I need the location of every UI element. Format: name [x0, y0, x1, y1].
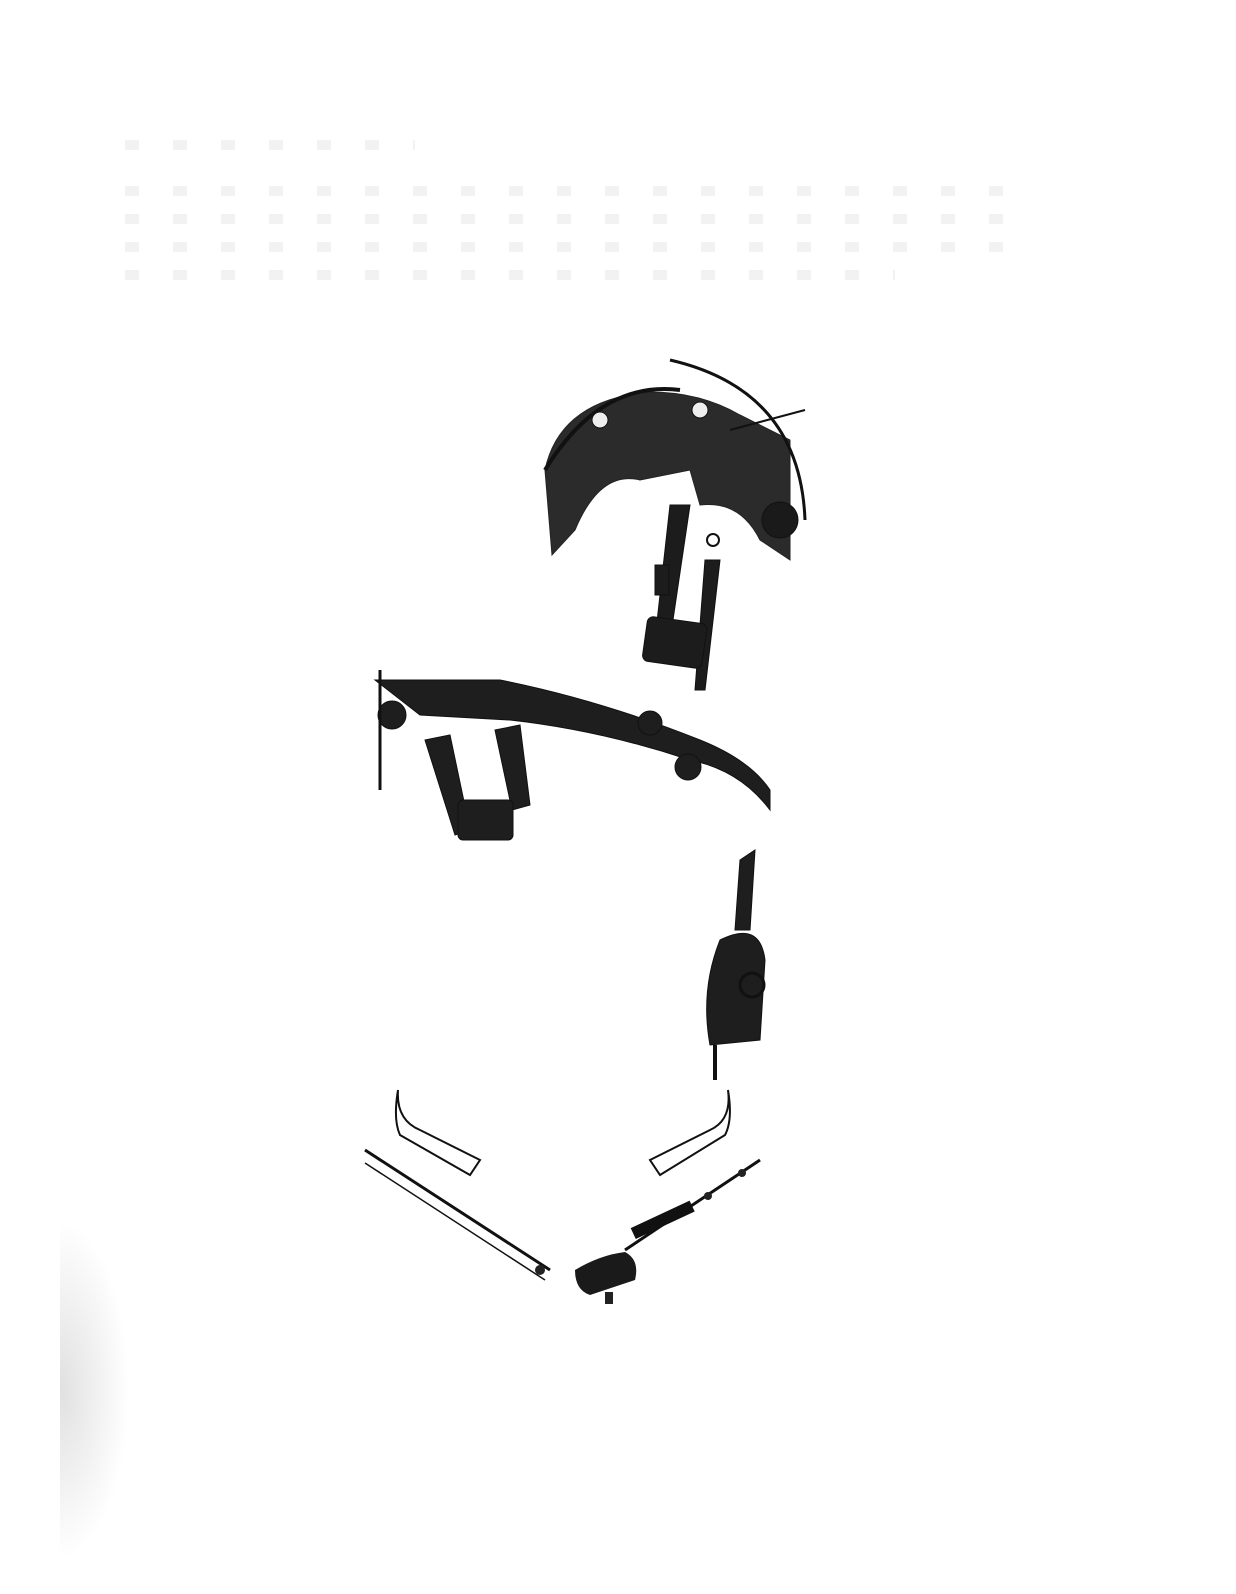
outlane-guide-rails [365, 1150, 760, 1280]
pinball-playfield-diagram [0, 0, 1236, 1594]
right-side-ramp [707, 850, 765, 1080]
center-drain-flipper [575, 1252, 636, 1304]
slingshot-guides [396, 1090, 730, 1175]
upper-flipper-assembly [642, 505, 720, 690]
